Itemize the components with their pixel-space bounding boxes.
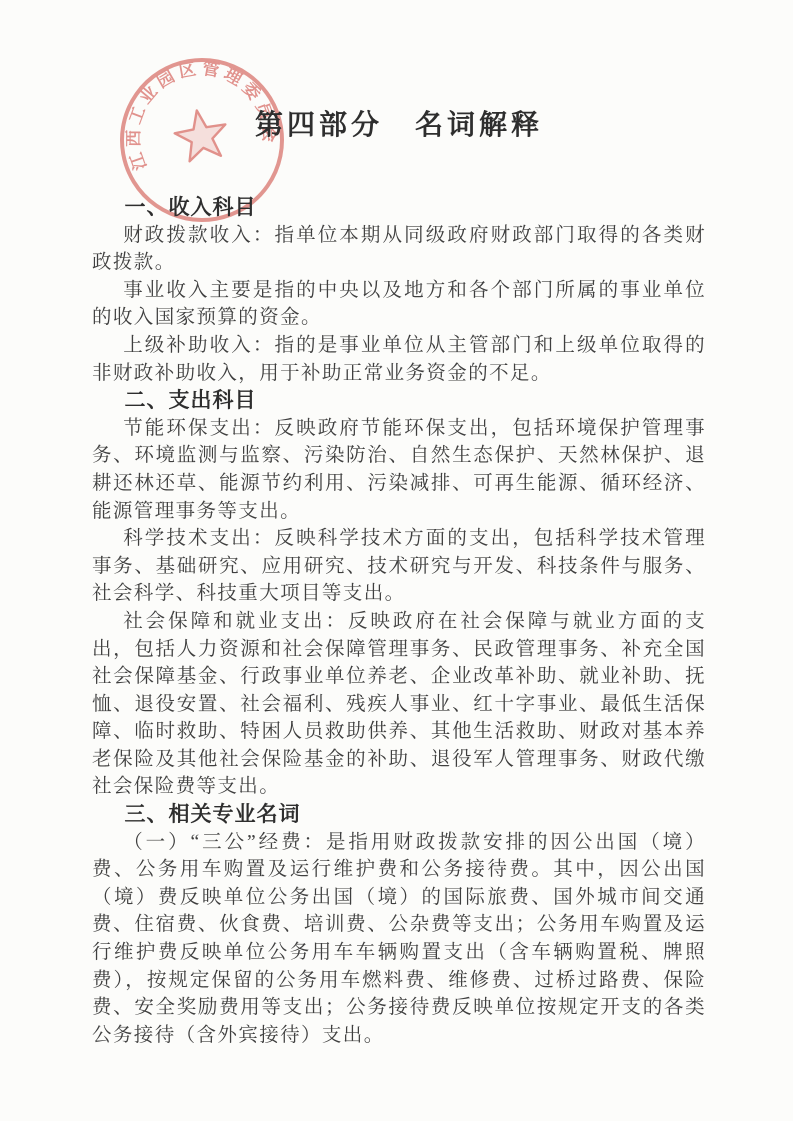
section-income-subjects: 一、收入科目 财政拨款收入：指单位本期从同级政府财政部门取得的各类财政拨款。 事… (92, 194, 706, 387)
section-heading-income: 一、收入科目 (92, 194, 706, 222)
document-content: 第四部分 名词解释 一、收入科目 财政拨款收入：指单位本期从同级政府财政部门取得… (92, 106, 706, 1049)
section-related-terms: 三、相关专业名词 （一）“三公”经费：是指用财政拨款安排的因公出国（境）费、公务… (92, 801, 706, 1049)
paragraph-energy-conservation-expenditure: 节能环保支出：反映政府节能环保支出，包括环境保护管理事务、环境监测与监察、污染防… (92, 415, 706, 525)
paragraph-superior-subsidy-income: 上级补助收入：指的是事业单位从主管部门和上级单位取得的非财政补助收入，用于补助正… (92, 332, 706, 387)
paragraph-operational-income: 事业收入主要是指的中央以及地方和各个部门所属的事业单位的收入国家预算的资金。 (92, 277, 706, 332)
paragraph-three-public-funds: （一）“三公”经费：是指用财政拨款安排的因公出国（境）费、公务用车购置及运行维护… (92, 829, 706, 1050)
section-expenditure-subjects: 二、支出科目 节能环保支出：反映政府节能环保支出，包括环境保护管理事务、环境监测… (92, 387, 706, 801)
paragraph-social-security-employment-expenditure: 社会保障和就业支出：反映政府在社会保障与就业方面的支出，包括人力资源和社会保障管… (92, 608, 706, 801)
page-title: 第四部分 名词解释 (92, 106, 706, 144)
paragraph-fiscal-appropriation-income: 财政拨款收入：指单位本期从同级政府财政部门取得的各类财政拨款。 (92, 222, 706, 277)
scanned-document-page: 江西工业园区管理委员会 第四部分 名词解释 一、收入科目 财政拨款收入：指单位本… (0, 0, 793, 1121)
section-heading-expenditure: 二、支出科目 (92, 387, 706, 415)
paragraph-science-technology-expenditure: 科学技术支出：反映科学技术方面的支出，包括科学技术管理事务、基础研究、应用研究、… (92, 525, 706, 608)
section-heading-related-terms: 三、相关专业名词 (92, 801, 706, 829)
